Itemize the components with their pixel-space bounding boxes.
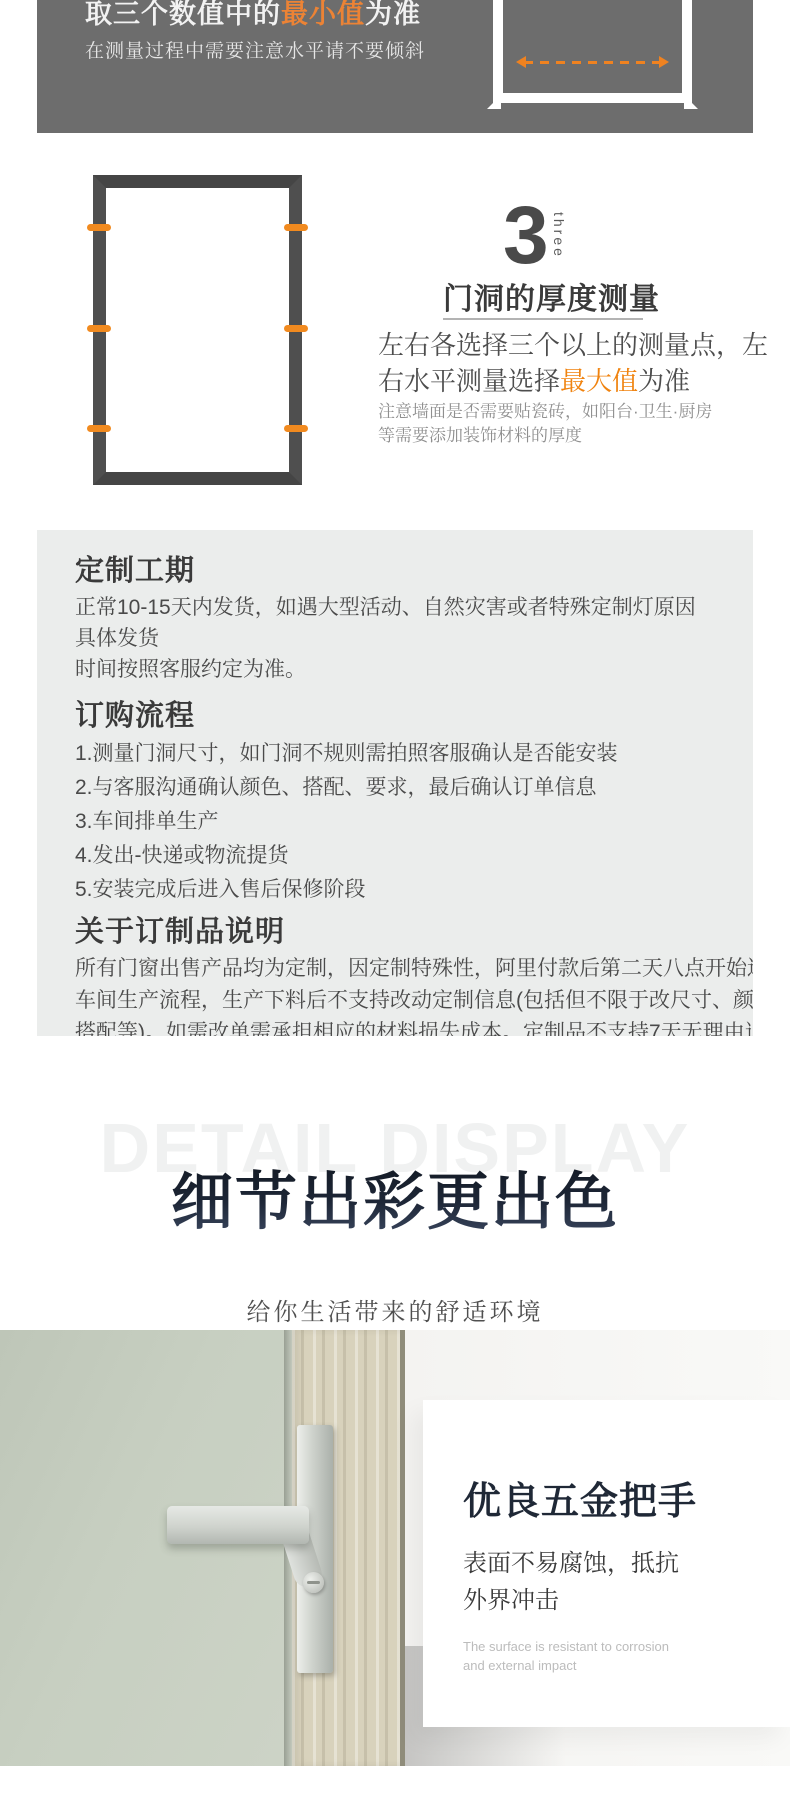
door-glass-panel (0, 1330, 284, 1766)
measure-min-title-highlight: 最小值 (281, 0, 365, 29)
door-frame-illustration (93, 175, 302, 485)
process-item: 1.测量门洞尺寸，如门洞不规则需拍照客服确认是否能安装 (75, 737, 715, 771)
hardware-en-line1: The surface is resistant to corrosion (463, 1637, 790, 1656)
hardware-desc-line2: 外界冲击 (463, 1582, 790, 1619)
hardware-desc-line1: 表面不易腐蚀，抵抗 (463, 1545, 790, 1582)
measure-tick-icon (87, 224, 111, 231)
detail-banner-title: 细节出彩更出色 (0, 1152, 790, 1241)
lead-time-line1: 正常10-15天内发货，如遇大型活动、自然灾害或者特殊定制灯原因具体发货 (75, 592, 715, 654)
step-note: 注意墙面是否需要贴瓷砖，如阳台·卫生·厨房 等需要添加装饰材料的厚度 (378, 400, 712, 448)
step-heading-underline (443, 318, 643, 320)
lead-time-heading: 定制工期 (75, 554, 715, 588)
process-item: 2.与客服沟通确认颜色、搭配、要求，最后确认订单信息 (75, 771, 715, 805)
step-note-line2: 等需要添加装饰材料的厚度 (378, 424, 712, 448)
lead-time-line2: 时间按照客服约定为准。 (75, 654, 715, 685)
process-item: 5.安装完成后进入售后保修阶段 (75, 873, 715, 907)
step-desc-line1: 左右各选择三个以上的测量点，左 (378, 327, 768, 363)
detail-banner-subtitle: 给你生活带来的舒适环境 (0, 1292, 790, 1327)
measure-min-subtitle: 在测量过程中需要注意水平请不要倾斜 (85, 36, 425, 63)
door-handle-photo: 优良五金把手 表面不易腐蚀，抵抗 外界冲击 The surface is res… (0, 1330, 790, 1766)
step-heading: 门洞的厚度测量 (443, 274, 660, 318)
step-description: 左右各选择三个以上的测量点，左 右水平测量选择最大值为准 (378, 327, 768, 399)
hardware-card-description: 表面不易腐蚀，抵抗 外界冲击 (463, 1545, 790, 1619)
measure-tick-icon (87, 325, 111, 332)
step-note-line1: 注意墙面是否需要贴瓷砖，如阳台·卫生·厨房 (378, 400, 712, 424)
measure-tick-icon (284, 425, 308, 432)
measure-min-title: 取三个数值中的最小值为准 (85, 0, 421, 31)
step-number: 3 (503, 196, 549, 276)
width-arrow-icon (516, 55, 669, 69)
window-frame-illustration (493, 0, 692, 103)
hardware-card-english: The surface is resistant to corrosion an… (463, 1637, 790, 1675)
hardware-card-heading: 优良五金把手 (463, 1470, 790, 1525)
measure-tick-icon (87, 425, 111, 432)
door-handle-lever (167, 1506, 309, 1544)
measure-tick-icon (284, 325, 308, 332)
dashed-line (524, 61, 661, 64)
step-word: three (551, 212, 567, 259)
thumbturn-screw (303, 1572, 324, 1593)
custom-order-info-box: 定制工期 正常10-15天内发货，如遇大型活动、自然灾害或者特殊定制灯原因具体发… (37, 530, 753, 1036)
step-desc-highlight: 最大值 (560, 366, 638, 396)
measure-min-panel: 取三个数值中的最小值为准 在测量过程中需要注意水平请不要倾斜 (37, 0, 753, 133)
process-heading: 订购流程 (75, 699, 715, 733)
custom-note-heading: 关于订制品说明 (75, 915, 715, 949)
process-item: 4.发出-快递或物流提货 (75, 839, 715, 873)
screw-slot (307, 1581, 320, 1584)
measure-min-title-suffix: 为准 (365, 0, 421, 29)
measure-min-title-prefix: 取三个数值中的 (85, 0, 281, 29)
custom-note-line: 搭配等)。如需改单需承担相应的材料损失成本。定制品不支持7天无理由退换 (75, 1017, 715, 1036)
hardware-feature-card: 优良五金把手 表面不易腐蚀，抵抗 外界冲击 The surface is res… (423, 1400, 790, 1727)
arrow-right-icon (659, 56, 669, 68)
custom-note-line: 车间生产流程，生产下料后不支持改动定制信息(包括但不限于改尺寸、颜色、 (75, 985, 715, 1017)
process-item: 3.车间排单生产 (75, 805, 715, 839)
hardware-en-line2: and external impact (463, 1656, 790, 1675)
step-desc-line2: 右水平测量选择最大值为准 (378, 363, 768, 399)
custom-note-line: 所有门窗出售产品均为定制，因定制特殊性，阿里付款后第二天八点开始进入 (75, 953, 715, 985)
step-desc-suffix: 为准 (638, 366, 690, 396)
step-desc-line2-prefix: 右水平测量选择 (378, 366, 560, 396)
measure-tick-icon (284, 224, 308, 231)
product-detail-page: 取三个数值中的最小值为准 在测量过程中需要注意水平请不要倾斜 3 three 门… (0, 0, 790, 1798)
